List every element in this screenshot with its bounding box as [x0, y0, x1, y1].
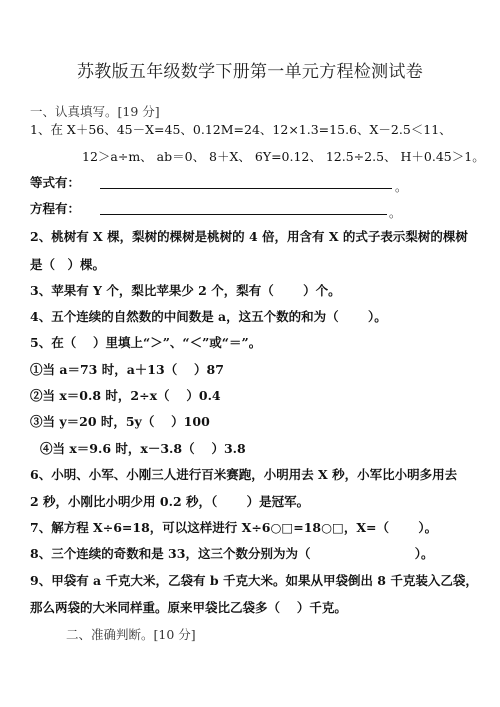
- question-5: 5、在（ ）里填上“＞”、“＜”或“＝”。: [30, 335, 261, 351]
- section-heading-true-false: 二、准确判断。[10 分]: [66, 627, 196, 643]
- equations-end-mark: 。: [389, 204, 401, 221]
- equalities-end-mark: 。: [395, 178, 407, 195]
- question-5-item-1: ①当 a＝73 时，a＋13（ ）87: [30, 362, 224, 378]
- section-heading-fill-in: 一、认真填写。[19 分]: [30, 104, 160, 120]
- equalities-answer-line[interactable]: [100, 188, 392, 189]
- equations-answer-line[interactable]: [100, 214, 387, 215]
- question-9-line-2: 那么两袋的大米同样重。原来甲袋比乙袋多（ ）千克。: [30, 600, 347, 616]
- question-6-line-1: 6、小明、小军、小刚三人进行百米赛跑，小明用去 X 秒，小军比小明多用去: [30, 467, 457, 483]
- question-7: 7、解方程 X÷6=18，可以这样进行 X÷6○□=18○□，X=（ ）。: [30, 520, 437, 536]
- equalities-label: 等式有：: [30, 175, 80, 191]
- document-title: 苏教版五年级数学下册第一单元方程检测试卷: [0, 64, 500, 80]
- question-1-line-1: 1、在 X＋56、45－X=45、0.12M=24、12×1.3=15.6、X－…: [30, 122, 452, 138]
- question-8: 8、三个连续的奇数和是 33，这三个数分别为为（ ）。: [30, 546, 434, 562]
- equations-label: 方程有：: [30, 201, 80, 217]
- question-6-line-2: 2 秒，小刚比小明少用 0.2 秒，（ ）是冠军。: [30, 494, 309, 510]
- question-4: 4、五个连续的自然数的中间数是 a，这五个数的和为（ ）。: [30, 309, 387, 325]
- question-3: 3、苹果有 Y 个，梨比苹果少 2 个，梨有（ ）个。: [30, 283, 341, 299]
- question-2-line-1: 2、桃树有 X 棵，梨树的棵树是桃树的 4 倍，用含有 X 的式子表示梨树的棵树: [30, 229, 468, 245]
- question-5-item-3: ③当 y＝20 时，5y（ ）100: [30, 414, 210, 430]
- question-2-line-2: 是（ ）棵。: [30, 257, 105, 273]
- question-5-item-4: ④当 x＝9.6 时，x－3.8（ ）3.8: [40, 441, 246, 457]
- question-5-item-2: ②当 x＝0.8 时，2÷x（ ）0.4: [30, 388, 221, 404]
- question-1-line-2: 12＞a÷m、 ab＝0、 8＋X、 6Y=0.12、 12.5÷2.5、 H＋…: [82, 149, 485, 165]
- question-9-line-1: 9、甲袋有 a 千克大米，乙袋有 b 千克大米。如果从甲袋倒出 8 千克装入乙袋…: [30, 573, 478, 589]
